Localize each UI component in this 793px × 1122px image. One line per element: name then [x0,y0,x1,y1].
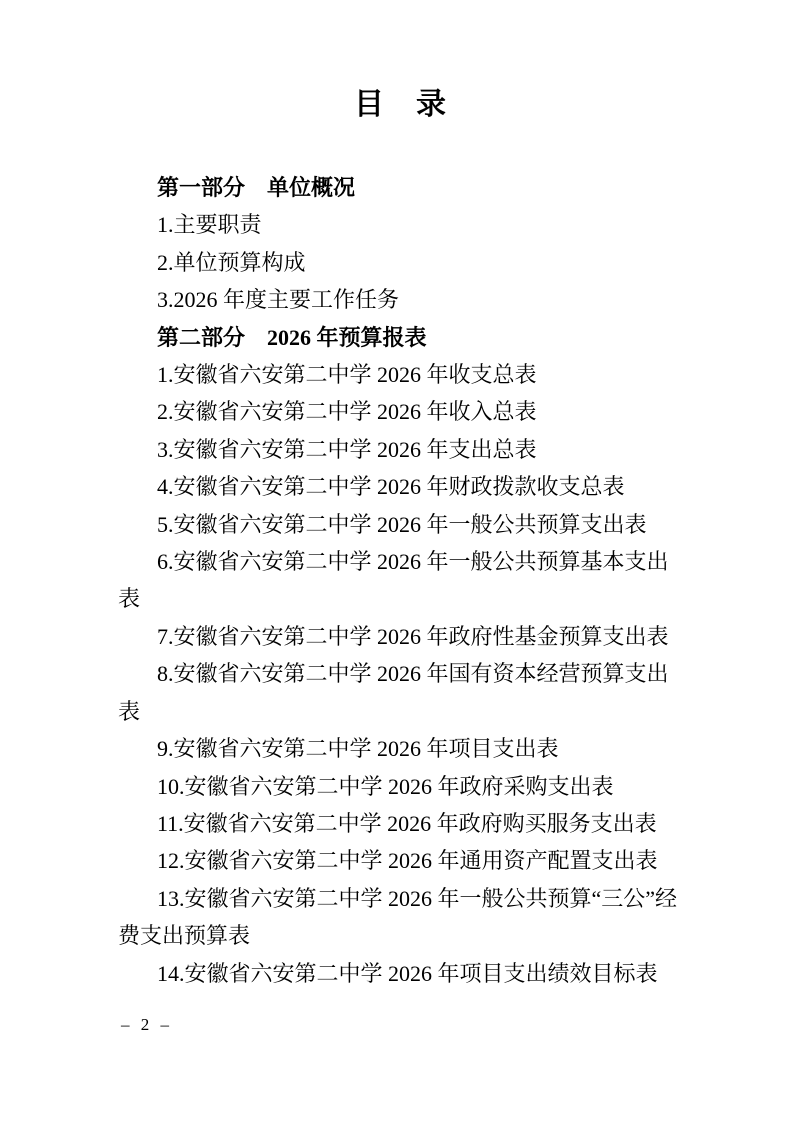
toc-item-part2-4: 4.安徽省六安第二中学 2026 年财政拨款收支总表 [118,468,683,505]
toc-item-part2-3: 3.安徽省六安第二中学 2026 年支出总表 [118,431,683,468]
toc-item-part1-3: 3.2026 年度主要工作任务 [118,281,683,318]
toc-item-part2-12: 12.安徽省六安第二中学 2026 年通用资产配置支出表 [118,842,683,879]
toc-item-part2-1: 1.安徽省六安第二中学 2026 年收支总表 [118,356,683,393]
part1-heading: 第一部分 单位概况 [118,169,683,206]
toc-item-part1-2: 2.单位预算构成 [118,244,683,281]
toc-item-part2-8: 8.安徽省六安第二中学 2026 年国有资本经营预算支出表 [118,655,683,730]
toc-item-part2-6: 6.安徽省六安第二中学 2026 年一般公共预算基本支出表 [118,543,683,618]
toc-item-part2-11: 11.安徽省六安第二中学 2026 年政府购买服务支出表 [118,805,683,842]
toc-item-part1-1: 1.主要职责 [118,206,683,243]
toc-item-part2-7: 7.安徽省六安第二中学 2026 年政府性基金预算支出表 [118,618,683,655]
page-number: – 2 – [121,1015,171,1035]
toc-item-part2-10: 10.安徽省六安第二中学 2026 年政府采购支出表 [118,768,683,805]
toc-item-part2-14: 14.安徽省六安第二中学 2026 年项目支出绩效目标表 [118,955,683,992]
part2-heading: 第二部分 2026 年预算报表 [118,319,683,356]
toc-item-part2-13: 13.安徽省六安第二中学 2026 年一般公共预算“三公”经费支出预算表 [118,880,683,955]
toc-content: 目 录 第一部分 单位概况 1.主要职责 2.单位预算构成 3.2026 年度主… [118,90,683,992]
toc-item-part2-2: 2.安徽省六安第二中学 2026 年收入总表 [118,393,683,430]
toc-item-part2-5: 5.安徽省六安第二中学 2026 年一般公共预算支出表 [118,506,683,543]
document-page: 目 录 第一部分 单位概况 1.主要职责 2.单位预算构成 3.2026 年度主… [0,0,793,1122]
document-title: 目 录 [118,90,683,120]
toc-item-part2-9: 9.安徽省六安第二中学 2026 年项目支出表 [118,730,683,767]
